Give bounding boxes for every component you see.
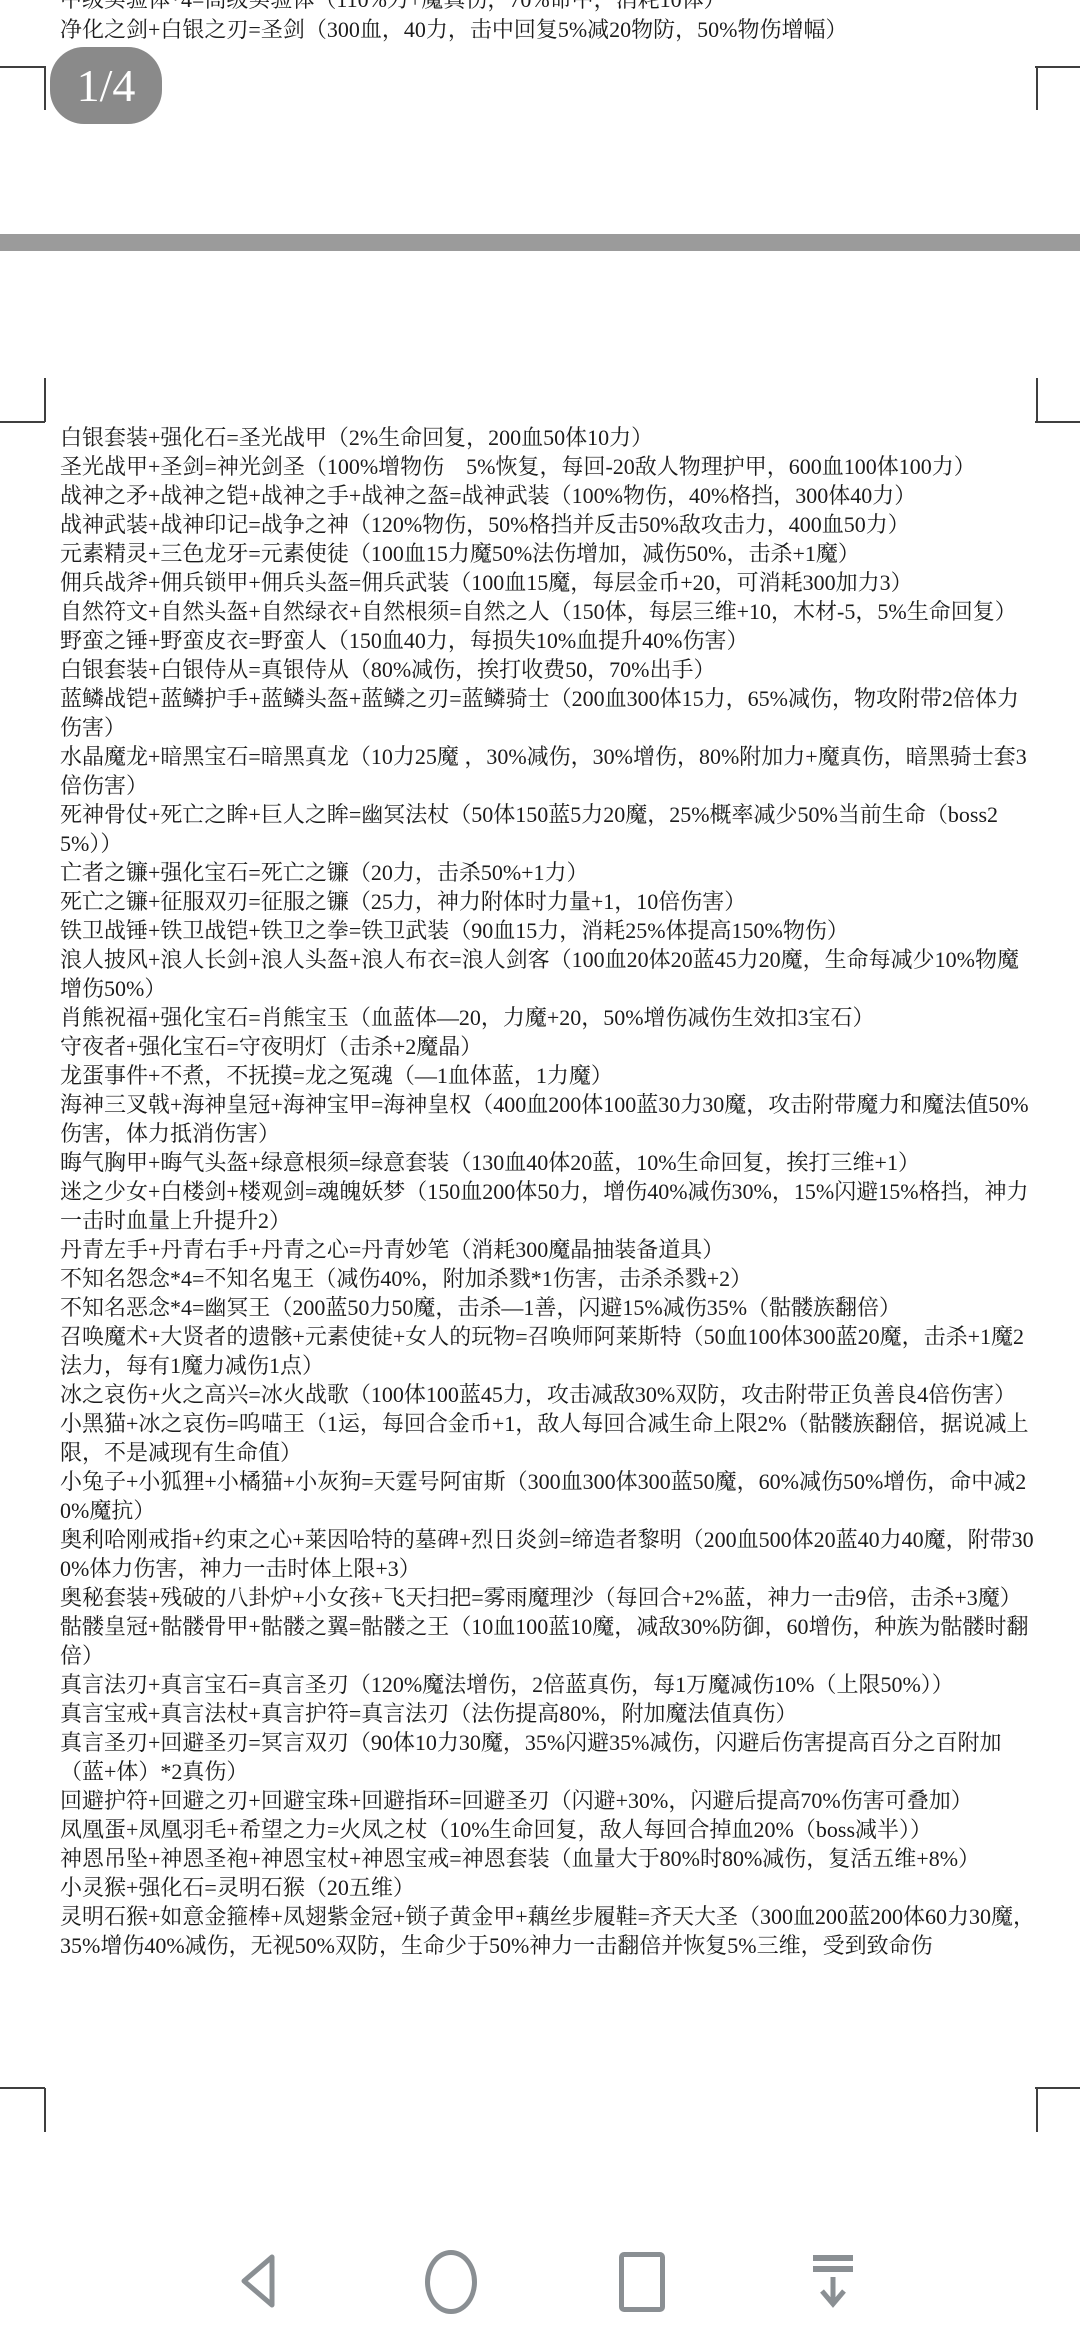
recipe-line: 肖熊祝福+强化宝石=肖熊宝玉（血蓝体—20，力魔+20，50%增伤减伤生效扣3宝… bbox=[60, 1003, 1038, 1032]
recipe-line: 元素精灵+三色龙牙=元素使徒（100血15力魔50%法伤增加，减伤50%，击杀+… bbox=[60, 539, 1038, 568]
recipe-line: 冰之哀伤+火之高兴=冰火战歌（100体100蓝45力，攻击减敌30%双防，攻击附… bbox=[60, 1380, 1038, 1409]
back-icon bbox=[239, 2254, 277, 2311]
recipe-line: 白银套装+强化石=圣光战甲（2%生命回复，200血50体10力） bbox=[60, 423, 1038, 452]
recipe-line: 真言宝戒+真言法杖+真言护符=真言法刃（法伤提高80%，附加魔法值真伤） bbox=[60, 1699, 1038, 1728]
page-corner-mark bbox=[1035, 66, 1080, 68]
recipe-line: 蓝鳞战铠+蓝鳞护手+蓝鳞头盔+蓝鳞之刃=蓝鳞骑士（200血300体15力，65%… bbox=[60, 684, 1038, 742]
recipe-line: 小灵猴+强化石=灵明石猴（20五维） bbox=[60, 1873, 1038, 1902]
document-page-1-fragment: 中级实验体*4=高级实验体（110%力+魔真伤，70%命中，消耗10体）净化之剑… bbox=[60, 0, 1040, 45]
recipe-line: 亡者之镰+强化宝石=死亡之镰（20力，击杀50%+1力） bbox=[60, 858, 1038, 887]
recipe-line: 晦气胸甲+晦气头盔+绿意根须=绿意套装（130血40体20蓝，10%生命回复，挨… bbox=[60, 1148, 1038, 1177]
page-corner-mark bbox=[0, 66, 45, 68]
recipe-line: 小兔子+小狐狸+小橘猫+小灰狗=天霆号阿宙斯（300血300体300蓝50魔，6… bbox=[60, 1467, 1038, 1525]
page-corner-mark bbox=[44, 66, 46, 110]
page-indicator-badge: 1/4 bbox=[50, 47, 162, 124]
page-corner-mark bbox=[1035, 421, 1080, 423]
page-corner-mark bbox=[0, 2087, 45, 2089]
recipe-line: 迷之少女+白楼剑+楼观剑=魂魄妖梦（150血200体50力，增伤40%减伤30%… bbox=[60, 1177, 1038, 1235]
recipe-line: 战神之矛+战神之铠+战神之手+战神之盔=战神武装（100%物伤，40%格挡，30… bbox=[60, 481, 1038, 510]
recipe-line: 骷髅皇冠+骷髅骨甲+骷髅之翼=骷髅之王（10血100蓝10魔，减敌30%防御，6… bbox=[60, 1612, 1038, 1670]
hide-navbar-button[interactable] bbox=[791, 2240, 875, 2324]
recipe-line: 死神骨仗+死亡之眸+巨人之眸=幽冥法杖（50体150蓝5力20魔，25%概率减少… bbox=[60, 800, 1038, 858]
page-indicator-label: 1/4 bbox=[77, 63, 136, 109]
home-icon bbox=[425, 2250, 477, 2314]
recipe-line: 佣兵战斧+佣兵锁甲+佣兵头盔=佣兵武装（100血15魔，每层金币+20，可消耗3… bbox=[60, 568, 1038, 597]
page-corner-mark bbox=[1036, 378, 1038, 422]
recents-button[interactable] bbox=[600, 2240, 684, 2324]
recipe-line: 死亡之镰+征服双刃=征服之镰（25力，神力附体时力量+1，10倍伤害） bbox=[60, 887, 1038, 916]
recipe-line: 神恩吊坠+神恩圣袍+神恩宝杖+神恩宝戒=神恩套装（血量大于80%时80%减伤，复… bbox=[60, 1844, 1038, 1873]
recipe-line: 不知名怨念*4=不知名鬼王（减伤40%，附加杀戮*1伤害，击杀杀戮+2） bbox=[60, 1264, 1038, 1293]
recipe-line: 圣光战甲+圣剑=神光剑圣（100%增物伤 5%恢复，每回-20敌人物理护甲，60… bbox=[60, 452, 1038, 481]
page-corner-mark bbox=[44, 2088, 46, 2132]
page-corner-mark bbox=[1036, 66, 1038, 110]
recipe-line: 小黑猫+冰之哀伤=呜喵王（1运，每回合金币+1，敌人每回合减生命上限2%（骷髅族… bbox=[60, 1409, 1038, 1467]
page-divider-bar bbox=[0, 234, 1080, 251]
recipe-line: 回避护符+回避之刃+回避宝珠+回避指环=回避圣刃（闪避+30%，闪避后提高70%… bbox=[60, 1786, 1038, 1815]
recipe-line: 净化之剑+白银之刃=圣剑（300血，40力，击中回复5%减20物防，50%物伤增… bbox=[60, 15, 1040, 45]
recipe-line: 真言圣刃+回避圣刃=冥言双刃（90体10力30魔，35%闪避35%减伤，闪避后伤… bbox=[60, 1728, 1038, 1786]
recipe-line: 浪人披风+浪人长剑+浪人头盔+浪人布衣=浪人剑客（100血20体20蓝45力20… bbox=[60, 945, 1038, 1003]
recipe-line: 自然符文+自然头盔+自然绿衣+自然根须=自然之人（150体，每层三维+10，木材… bbox=[60, 597, 1038, 626]
recipe-line: 召唤魔术+大贤者的遗骸+元素使徒+女人的玩物=召唤师阿莱斯特（50血100体30… bbox=[60, 1322, 1038, 1380]
recipe-line: 战神武装+战神印记=战争之神（120%物伤，50%格挡并反击50%敌攻击力，40… bbox=[60, 510, 1038, 539]
recipe-line: 水晶魔龙+暗黑宝石=暗黑真龙（10力25魔 ，30%减伤，30%增伤，80%附加… bbox=[60, 742, 1038, 800]
navigation-bar bbox=[0, 2240, 1080, 2340]
recipe-line: 凤凰蛋+凤凰羽毛+希望之力=火凤之杖（10%生命回复，敌人每回合掉血20%（bo… bbox=[60, 1815, 1038, 1844]
recipe-line: 守夜者+强化宝石=守夜明灯（击杀+2魔晶） bbox=[60, 1032, 1038, 1061]
recipe-line: 灵明石猴+如意金箍棒+凤翅紫金冠+锁子黄金甲+藕丝步履鞋=齐天大圣（300血20… bbox=[60, 1902, 1038, 1960]
screen: 中级实验体*4=高级实验体（110%力+魔真伤，70%命中，消耗10体）净化之剑… bbox=[0, 0, 1080, 2340]
recipe-line: 奥秘套装+残破的八卦炉+小女孩+飞天扫把=雾雨魔理沙（每回合+2%蓝，神力一击9… bbox=[60, 1583, 1038, 1612]
recipe-line: 不知名恶念*4=幽冥王（200蓝50力50魔，击杀—1善，闪避15%减伤35%（… bbox=[60, 1293, 1038, 1322]
document-page-2[interactable]: 白银套装+强化石=圣光战甲（2%生命回复，200血50体10力）圣光战甲+圣剑=… bbox=[60, 423, 1038, 2079]
recipe-line: 铁卫战锤+铁卫战铠+铁卫之拳=铁卫武装（90血15力，消耗25%体提高150%物… bbox=[60, 916, 1038, 945]
page-corner-mark bbox=[1035, 2087, 1080, 2089]
home-button[interactable] bbox=[409, 2240, 493, 2324]
recents-icon bbox=[619, 2252, 665, 2312]
recipe-line: 龙蛋事件+不煮，不抚摸=龙之冤魂（—1血体蓝，1力魔） bbox=[60, 1061, 1038, 1090]
recipe-line: 丹青左手+丹青右手+丹青之心=丹青妙笔（消耗300魔晶抽装备道具） bbox=[60, 1235, 1038, 1264]
recipe-line: 野蛮之锤+野蛮皮衣=野蛮人（150血40力，每损失10%血提升40%伤害） bbox=[60, 626, 1038, 655]
recipe-line: 真言法刃+真言宝石=真言圣刃（120%魔法增伤，2倍蓝真伤，每1万魔减伤10%（… bbox=[60, 1670, 1038, 1699]
hide-navbar-icon bbox=[810, 2253, 856, 2312]
page-corner-mark bbox=[0, 421, 45, 423]
page-corner-mark bbox=[1036, 2088, 1038, 2132]
recipe-line: 白银套装+白银侍从=真银侍从（80%减伤，挨打收费50，70%出手） bbox=[60, 655, 1038, 684]
recipe-line: 海神三叉戟+海神皇冠+海神宝甲=海神皇权（400血200体100蓝30力30魔，… bbox=[60, 1090, 1038, 1148]
recipe-line: 奥利哈刚戒指+约束之心+莱因哈特的墓碑+烈日炎剑=缔造者黎明（200血500体2… bbox=[60, 1525, 1038, 1583]
back-button[interactable] bbox=[216, 2240, 300, 2324]
recipe-line: 中级实验体*4=高级实验体（110%力+魔真伤，70%命中，消耗10体） bbox=[60, 0, 1040, 15]
page-corner-mark bbox=[44, 378, 46, 422]
